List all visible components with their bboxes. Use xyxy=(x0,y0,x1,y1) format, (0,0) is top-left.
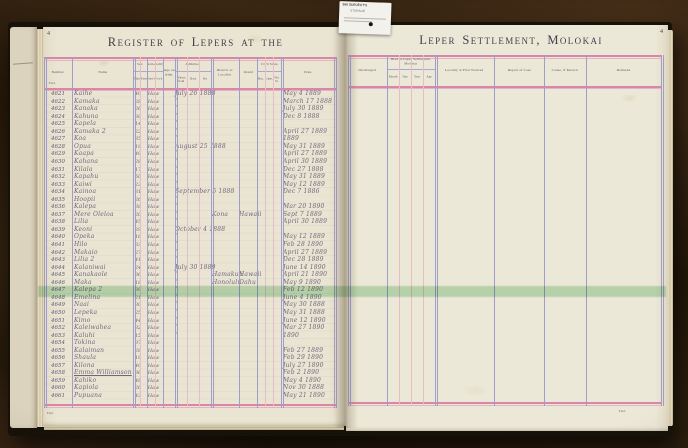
group-divider xyxy=(175,71,211,72)
record-date: Dec 7 1886 xyxy=(283,188,333,196)
column-rule xyxy=(133,57,134,408)
record-date: May 21 1890 xyxy=(283,392,333,400)
column-rule xyxy=(211,57,212,408)
column-rule xyxy=(257,57,258,408)
island-value: Oahu xyxy=(239,279,257,287)
sticker-line1: 366 SUBJECT'S xyxy=(342,3,367,7)
column-rule xyxy=(72,57,73,408)
column-header-adm-date: Date xyxy=(187,71,199,88)
column-rule xyxy=(177,57,178,408)
column-rule xyxy=(140,57,141,408)
column-rule xyxy=(350,55,351,406)
column-rule xyxy=(661,55,662,406)
column-header-civil-state: Civil State xyxy=(257,57,281,71)
group-divider xyxy=(257,71,281,72)
entd-mark-top: Entd. xyxy=(49,80,56,84)
entd-mark-bottom-right: Entd. xyxy=(619,408,626,412)
column-header-report: Report of Case xyxy=(494,55,544,86)
rule-line xyxy=(348,88,662,89)
column-rule xyxy=(348,55,349,406)
group-divider xyxy=(133,71,163,72)
archival-sticker: 366 SUBJECT'S STORAGE xyxy=(338,1,391,35)
column-rule xyxy=(399,55,400,406)
left-page: 4 Register of Lepers at the Number Name … xyxy=(43,27,346,426)
column-header-cause: Cause, if Known xyxy=(544,55,586,86)
column-header-died-age: Age xyxy=(423,69,435,86)
previous-page-edge xyxy=(10,27,37,428)
sticker-fine-print xyxy=(344,20,372,22)
row-number: 4661 xyxy=(45,392,71,400)
rule-line xyxy=(348,405,662,406)
right-page: 4 Leper Settlement, Molokai Discharged D… xyxy=(346,25,668,431)
column-rule xyxy=(273,57,274,408)
column-rule xyxy=(175,57,176,408)
column-rule xyxy=(44,57,45,408)
column-rule xyxy=(265,57,266,408)
column-header-island: Island xyxy=(239,57,257,88)
column-header-name: Name xyxy=(72,57,133,88)
column-header-civil-married: Mar. xyxy=(257,71,265,88)
column-rule xyxy=(544,55,545,406)
patient-name: Pupuana xyxy=(74,392,130,400)
column-header-civil-notstated: Not St. xyxy=(273,71,281,88)
column-rule xyxy=(494,55,495,406)
record-date: April 30 1889 xyxy=(283,218,333,226)
column-header-date: Date xyxy=(281,57,335,88)
column-header-civil-unmarried: Unm. xyxy=(265,71,273,88)
column-rule xyxy=(46,57,47,408)
column-header-nat-hawn: Haw'n xyxy=(147,71,155,88)
island-value: Hawaii xyxy=(239,211,257,219)
entd-mark-bottom: Entd. xyxy=(47,410,54,414)
photo-background: 4 Register of Lepers at the Number Name … xyxy=(0,0,688,448)
column-header-locality: Locality at First Noticed xyxy=(435,55,494,86)
column-rule xyxy=(423,55,424,406)
admitted-date: " xyxy=(175,332,211,340)
sticker-line2: STORAGE xyxy=(350,9,369,13)
column-rule xyxy=(586,55,587,406)
page-number-left: 4 xyxy=(47,31,50,37)
column-header-remarks: Remarks xyxy=(586,55,662,86)
column-header-admitted: Admitted xyxy=(175,57,211,71)
rule-line xyxy=(348,402,662,404)
ledger-book: 4 Register of Lepers at the Number Name … xyxy=(8,22,672,436)
column-rule xyxy=(199,57,200,408)
column-header-sex-female: Fem. xyxy=(140,71,147,88)
column-rule xyxy=(281,57,282,408)
column-rule xyxy=(135,57,136,408)
column-rule xyxy=(187,57,188,408)
column-rule xyxy=(239,57,240,408)
column-rule xyxy=(437,55,438,406)
column-rule xyxy=(147,57,148,408)
sticker-dot xyxy=(369,22,373,26)
column-header-discharged: Discharged xyxy=(348,55,387,86)
pencil-scribble xyxy=(13,62,33,68)
column-header-died-year: Year xyxy=(411,69,423,86)
column-rule xyxy=(155,57,156,408)
record-date: Dec 8 1888 xyxy=(283,113,333,121)
column-rule xyxy=(336,57,337,408)
sticker-fine-print xyxy=(344,17,386,19)
column-rule xyxy=(411,55,412,406)
column-rule xyxy=(283,57,284,408)
district-value: Honolulu xyxy=(212,279,238,287)
column-header-district: District or Locality xyxy=(211,57,239,88)
rule-line xyxy=(44,407,336,408)
rule-line xyxy=(44,404,336,406)
column-header-died-month: Month xyxy=(387,69,399,86)
column-rule xyxy=(213,57,214,408)
column-rule xyxy=(435,55,436,406)
column-header-nat-forn: For'n xyxy=(155,71,163,88)
column-rule xyxy=(663,55,664,406)
page-title-left: Register of Lepers at the xyxy=(53,35,338,50)
district-value: Kona xyxy=(212,211,238,219)
column-header-adm-by: By xyxy=(199,71,211,88)
column-header-age: Age on Adm. xyxy=(163,57,175,88)
column-rule xyxy=(387,55,388,406)
column-header-died-day: Day xyxy=(399,69,411,86)
record-date: 1890 xyxy=(283,332,333,340)
column-rule xyxy=(163,57,164,408)
column-rule xyxy=(334,57,335,408)
page-title-right: Leper Settlement, Molokai xyxy=(361,33,661,48)
